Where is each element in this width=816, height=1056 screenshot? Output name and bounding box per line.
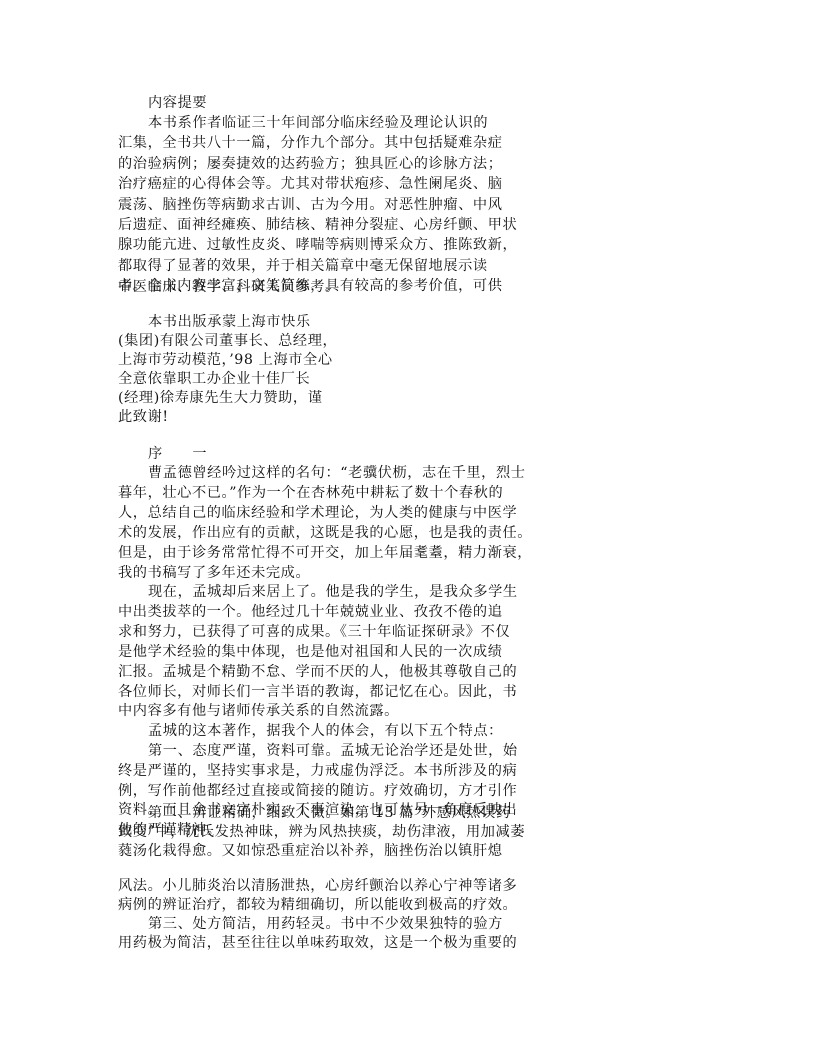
- summary-line: 的治验病例；屡奏捷效的达药验方；独具匠心的诊脉方法；: [118, 155, 502, 173]
- preface-line: 中内容多有他与诸师传承关系的自然流露。: [118, 702, 399, 720]
- acknowledgement-line: 本书出版承蒙上海市快乐: [148, 313, 311, 331]
- preface-line: 用药极为简洁，甚至往往以单味药取效，这是一个极为重要的: [118, 934, 517, 952]
- summary-line: 中医临床、教学、科研人员参考。: [118, 278, 340, 296]
- preface-line: 中出类拔萃的一个。他经过几十年兢兢业业、孜孜不倦的追: [118, 603, 502, 621]
- preface-line: 我的书稿写了多年还未完成。: [118, 564, 310, 582]
- preface-line: 求和努力，已获得了可喜的成果。《三十年临证探研录》不仅: [118, 623, 510, 641]
- preface-line: 第一、态度严谨，资料可靠。孟城无论治学还是处世，始: [148, 742, 518, 760]
- preface-line: 致变”中，沈氏发热神昧，辨为风热挟痰，劫伤津液，用加减萎: [118, 823, 525, 841]
- acknowledgement-line: (经理)徐寿康先生大力赞助，谨: [118, 389, 323, 407]
- acknowledgement-line: (集团)有限公司董事长、总经理，: [118, 332, 337, 350]
- preface-line: 各位师长，对师长们一言半语的教诲，都记忆在心。因此，书: [118, 683, 517, 701]
- preface-line: 汇报。孟城是个精勤不怠、学而不厌的人，他极其尊敬自己的: [118, 663, 517, 681]
- preface-line: 但是，由于诊务常常忙得不可开交，加上年届耄耋，精力渐衰，: [118, 544, 532, 562]
- summary-line: 汇集，全书共八十一篇，分作九个部分。其中包括疑难杂症: [118, 134, 502, 152]
- summary-line: 治疗癌症的心得体会等。尤其对带状疱疹、急性阑尾炎、脑: [118, 175, 502, 193]
- summary-line: 后遗症、面神经瘫痪、肺结核、精神分裂症、心房纤颤、甲状: [118, 216, 517, 234]
- preface-line: 蕤汤化栽得愈。又如惊恐重症治以补养，脑挫伤治以镇肝熄: [118, 842, 502, 860]
- preface-line: 病例的辨证治疗，都较为精细确切，所以能收到极高的疗效。: [118, 896, 517, 914]
- preface-line: 是他学术经验的集中体现，也是他对祖国和人民的一次成绩: [118, 643, 502, 661]
- summary-heading: 内容提要: [148, 94, 207, 112]
- preface-line: 例，写作前他都经过直接或简接的随访。疗效确切，方才引作: [118, 782, 517, 800]
- summary-line: 腺功能亢进、过敏性皮炎、哮喘等病则博采众方、推陈致新，: [118, 236, 517, 254]
- summary-line: 本书系作者临证三十年间部分临床经验及理论认识的: [148, 114, 488, 132]
- acknowledgement-line: 上海市劳动模范，’98 上海市全心: [118, 351, 333, 369]
- acknowledgement-line: 全意依靠职工办企业十佳厂长: [118, 370, 310, 388]
- acknowledgement-line: 此致谢!: [118, 408, 169, 426]
- preface-line: 暮年，壮心不已。”作为一个在杏林苑中耕耘了数十个春秋的: [118, 484, 503, 502]
- preface-line: 风法。小儿肺炎治以清肠泄热，心房纤颤治以养心宁神等诸多: [118, 877, 517, 895]
- preface-line: 孟城的这本著作，据我个人的体会，有以下五个特点：: [148, 722, 503, 740]
- summary-line: 震荡、脑挫伤等病勤求古训、古为今用。对恶性肿瘤、中风: [118, 196, 502, 214]
- summary-line: 都取得了显著的效果，并于相关篇章中毫无保留地展示读: [118, 257, 488, 275]
- preface-line: 人，总结自己的临床经验和学术理论，为人类的健康与中医学: [118, 504, 517, 522]
- preface-line: 术的发展，作出应有的贡献，这既是我的心愿，也是我的责任。: [118, 524, 532, 542]
- preface-line: 现在，孟城却后来居上了。他是我的学生，是我众多学生: [148, 583, 518, 601]
- preface-line: 第二、辨证精确，细致人微。如第 13 篇“外感风热误药: [148, 804, 511, 822]
- preface-line: 第三、处方简洁，用药轻灵。书中不少效果独特的验方: [148, 915, 503, 933]
- preface-heading: 序 一: [148, 445, 207, 463]
- preface-line: 终是严谨的，坚持实事求是，力戒虚伪浮泛。本书所涉及的病: [118, 762, 517, 780]
- preface-line: 曹孟德曾经吟过这样的名句：“老骥伏枥，志在千里，烈士: [148, 464, 526, 482]
- document-page: 内容提要 本书系作者临证三十年间部分临床经验及理论认识的 汇集，全书共八十一篇，…: [0, 0, 816, 1056]
